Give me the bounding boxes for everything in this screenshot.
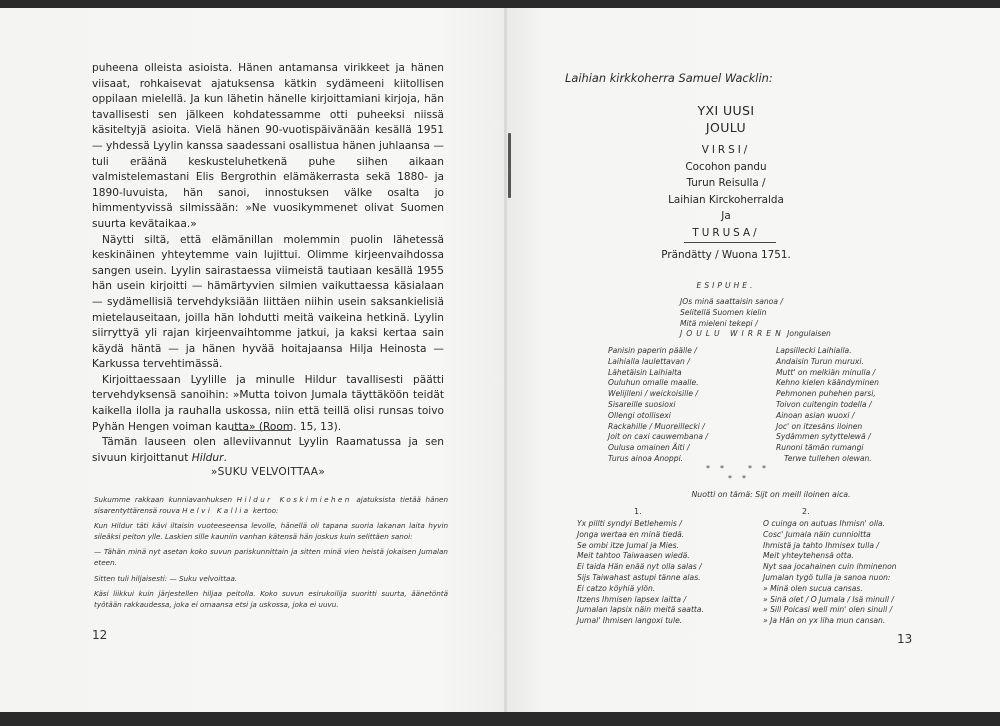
intro-name-1: Hildur Koskimiehen [237,495,352,504]
title-line: YXI UUSI [606,102,846,119]
verse-line: Mutt' on melkiän minulla / [776,368,879,379]
verse-line: Sydämmen sytyttelewä / [776,432,879,443]
subtitle-line: Laihian Kirckoherralda [606,192,846,209]
preface-verse-col-1: Panisin paperin päälle /Laihialla laulet… [608,346,708,465]
paragraph-1: puheena olleista asioista. Hänen antaman… [92,61,444,233]
verse-line: Jonga wertaa en minä tiedä. [577,530,704,541]
hymn-number-2: 2. [802,507,810,516]
verse-line: Jumalan tygö tulla ja sanoa nuon: [763,573,897,584]
paragraph-3: Kirjoittaessaan Lyylille ja minulle Hild… [92,373,444,435]
book-spread: puheena olleista asioista. Hänen antaman… [0,8,1000,712]
verse-line: Sijs Taiwahast astupi tänne alas. [577,573,704,584]
asterisk-icon: * [720,464,724,473]
anecdote-p3: — Tähän minä nyt asetan koko suvun paris… [94,547,448,568]
page-number-left: 12 [92,628,107,642]
verse-line: Sisareille suosioxi [608,400,708,411]
staple-icon [508,133,511,169]
verse-line: Ollengi otollisexi [608,411,708,422]
verse-line: Runoni tämän rumangi [776,443,879,454]
verse-line: Turus ainoa Anoppi. [608,454,708,465]
author-heading: Laihian kirkkoherra Samuel Wacklin: [565,71,773,85]
verse-line: Ei taida Hän enää nyt olla salas / [577,562,704,573]
anecdote-p4: Sitten tuli hiljaisesti: — Suku velvoitt… [94,574,448,585]
paragraph-4-end: . [223,452,226,464]
verse-line: Se ombi itze Jumal ja Mies. [577,541,704,552]
preface-spaced: JOULU WIRREN [680,329,785,338]
staple-icon [508,168,511,198]
section-title: »SUKU VELVOITTAA» [92,466,444,478]
preface-title: ESIPUHE. [606,281,846,290]
asterisk-icon: * [742,474,746,483]
verse-line: Oulusa omainen Äiti / [608,443,708,454]
verse-line: Nyt saa jocahainen cuin ihminenon [763,562,897,573]
verse-line: Joc' on itzesäns iloinen [776,422,879,433]
paragraph-2: Näytti siltä, että elämänillan molemmin … [92,233,444,373]
book-gutter [504,8,507,712]
verse-line: » Ja Hän on yx liha mun cansan. [763,616,897,627]
subtitle-line: TURUSA/ [606,225,846,242]
preface-verse-col-2: Lapsillecki Laihialla.Andaisin Turun mur… [776,346,879,465]
preface-lines: JOs minä saattaisin sanoa / Selitellä Su… [680,297,831,340]
verse-line: Terwe tullehen olewan. [776,454,879,465]
verse-line: Meit yhteytehensä otta. [763,551,897,562]
verse-line: » Sinä olet / O Jumala / Isä minull / [763,595,897,606]
anecdote-p5: Käsi liikkui kuin järjestellen hiljaa pe… [94,589,448,610]
verse-line: Rackahille / Muoreillecki / [608,422,708,433]
verse-line: Kehno kielen käändyminen [776,378,879,389]
intro-text: Sukumme rakkaan kunniavanhuksen [94,495,237,504]
hymn-title-block: YXI UUSI JOULU VIRSI/ Cocohon pandu Turu… [606,102,846,242]
verse-line: Jumalan lapsix näin meitä saatta. [577,605,704,616]
left-page: puheena olleista asioista. Hänen antaman… [0,8,506,712]
subtitle-line: Turun Reisulla / [606,175,846,192]
subtitle-line: VIRSI/ [606,142,846,159]
verse-line: » Sill Poicasi well min' olen sinull / [763,605,897,616]
paragraph-4: Tämän lauseen olen alleviivannut Lyylin … [92,435,444,466]
paragraph-4-name: Hildur [192,452,224,464]
verse-line: Andaisin Turun muruxi. [776,357,879,368]
title-rule [684,242,776,243]
verse-line: Itzens Ihmisen lapsex laitta / [577,595,704,606]
hymn-verse-1: Yx pillti syndyi Betlehemis /Jonga werta… [577,519,704,627]
print-date: Prändätty / Wuona 1751. [606,249,846,261]
verse-line: Lähetäisin Laihialta [608,368,708,379]
asterisk-icon: * [706,464,710,473]
verse-line: Ihmistä ja tahto Ihmisex tulla / [763,541,897,552]
verse-line: O cuinga on autuas Ihmisn' olla. [763,519,897,530]
verse-line: Toivon cuitengin todella / [776,400,879,411]
intro-text: kertoo: [251,506,279,515]
verse-line: Cosc' Jumala näin cunnioitta [763,530,897,541]
preface-line: Selitellä Suomen kielin [680,308,831,319]
paragraph-4-text: Tämän lauseen olen alleviivannut Lyylin … [92,436,444,464]
hymn-number-1: 1. [634,507,642,516]
verse-line: Ei catzo köyhiä ylön. [577,584,704,595]
page-number-right: 13 [897,632,912,646]
anecdote-text: Sukumme rakkaan kunniavanhuksen Hildur K… [94,495,448,615]
verse-line: » Minä olen sucua cansas. [763,584,897,595]
asterisk-icon: * [748,464,752,473]
title-line: JOULU [606,119,846,136]
verse-line: Joit on caxi cauwembana / [608,432,708,443]
verse-line: Meit tahtoo Taiwaasen wiedä. [577,551,704,562]
preface-rest: Jongulaisen [785,329,831,338]
verse-line: Laihialla laulettavan / [608,357,708,368]
verse-line: Panisin paperin päälle / [608,346,708,357]
left-body-text: puheena olleista asioista. Hänen antaman… [92,61,444,466]
subtitle-line: Ja [606,208,846,225]
preface-line: JOs minä saattaisin sanoa / [680,297,831,308]
subtitle-line: Cocohon pandu [606,159,846,176]
verse-line: Lapsillecki Laihialla. [776,346,879,357]
hymn-verse-2: O cuinga on autuas Ihmisn' olla.Cosc' Ju… [763,519,897,627]
intro-name-2: Helvi Kallia [182,506,250,515]
preface-line: JOULU WIRREN Jongulaisen [680,329,831,340]
verse-line: Ainoan asian wuoxi / [776,411,879,422]
verse-line: Welijlleni / weickoisille / [608,389,708,400]
divider-rule [232,430,292,431]
verse-line: Ouluhun omalle maalle. [608,378,708,389]
verse-line: Pehmonen puhehen parsi, [776,389,879,400]
anecdote-intro: Sukumme rakkaan kunniavanhuksen Hildur K… [94,495,448,516]
asterisk-icon: * [762,464,766,473]
anecdote-p2: Kun Hildur täti kävi iltaisin vuoteeseen… [94,521,448,542]
tune-note: Nuotti on tämä: Sijt on meill iloinen ai… [606,490,936,499]
verse-line: Jumal' Ihmisen langoxi tule. [577,616,704,627]
asterisk-icon: * [728,474,732,483]
verse-line: Yx pillti syndyi Betlehemis / [577,519,704,530]
preface-line: Mitä mieleni tekepi / [680,319,831,330]
